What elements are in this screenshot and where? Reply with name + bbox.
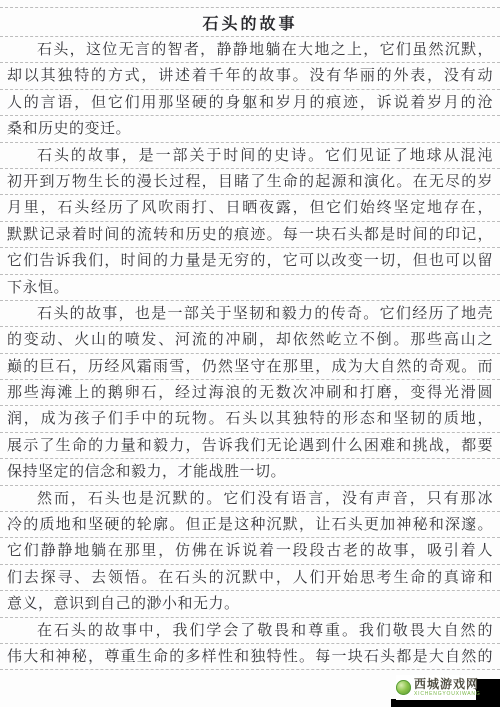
essay-line: 桑和历史的变迁。 [0,116,500,142]
essay-line: 保持坚定的信念和毅力，才能战胜一切。 [0,459,500,485]
handwritten-essay-page: 石头的故事 石头，这位无言的智者，静静地躺在大地之上，它们虽然沉默， 却以其独特… [0,0,500,707]
essay-line: 润，成为孩子们手中的玩物。石头以其独特的形态和坚韧的质地， [0,406,500,432]
essay-line: 默默记录着时间的流转和历史的痕迹。每一块石头都是时间的印记， [0,222,500,248]
essay-line: 石头的故事，是一部关于时间的史诗。它们见证了地球从混沌 [0,143,500,169]
essay-line: 在石头的故事中，我们学会了敬畏和尊重。我们敬畏大自然的 [0,618,500,644]
essay-line: 意义，意识到自己的渺小和无力。 [0,591,500,617]
essay-line: 月里，石头经历了风吹雨打、日晒夜露，但它们始终坚定地存在， [0,195,500,221]
essay-line: 那些海滩上的鹅卵石，经过海浪的无数次冲刷和打磨，变得光滑圆 [0,380,500,406]
essay-title: 石头的故事 [202,11,297,34]
essay-line: 的变动、火山的喷发、河流的冲刷，却依然屹立不倒。那些高山之 [0,327,500,353]
essay-line: 它们告诉我们，时间的力量是无穷的，它可以改变一切，但也可以留 [0,248,500,274]
essay-line: 初开到万物生长的漫长过程，目睹了生命的起源和演化。在无尽的岁 [0,169,500,195]
title-row: 石头的故事 [0,7,500,37]
watermark-texts: 西城游戏网 XICHENGYOUXIWANG [414,678,481,697]
watermark: 西城游戏网 XICHENGYOUXIWANG [396,675,476,700]
essay-line: 下永恒。 [0,275,500,301]
essay-line: 巅的巨石，历经风霜雨雪，仍然坚守在那里，成为大自然的奇观。而 [0,354,500,380]
essay-line: 们去探寻、去领悟。在石头的沉默中，人们开始思考生命的真谛和 [0,565,500,591]
watermark-site-name: 西城游戏网 [414,678,481,691]
essay-line: 它们静静地躺在那里，仿佛在诉说着一段段古老的故事，吸引着人 [0,538,500,564]
essay-line: 却以其独特的方式，讲述着千年的故事。没有华丽的外表，没有动 [0,63,500,89]
essay-line: 展示了生命的力量和毅力，告诉我们无论遇到什么困难和挑战，都要 [0,433,500,459]
essay-line: 人的言语，但它们用那坚硬的身躯和岁月的痕迹，诉说着岁月的沧 [0,90,500,116]
watermark-subtext: XICHENGYOUXIWANG [414,691,481,697]
black-fill-bottom [391,699,500,707]
leaf-ball-icon [396,680,411,695]
essay-line: 然而，石头也是沉默的。它们没有语言，没有声音，只有那冰 [0,486,500,512]
essay-line: 冷的质地和坚硬的轮廓。但正是这种沉默，让石头更加神秘和深邃。 [0,512,500,538]
essay-line: 伟大和神秘，尊重生命的多样性和独特性。每一块石头都是大自然的 [0,644,500,670]
essay-line: 石头，这位无言的智者，静静地躺在大地之上，它们虽然沉默， [0,37,500,63]
essay-line: 石头的故事，也是一部关于坚韧和毅力的传奇。它们经历了地壳 [0,301,500,327]
